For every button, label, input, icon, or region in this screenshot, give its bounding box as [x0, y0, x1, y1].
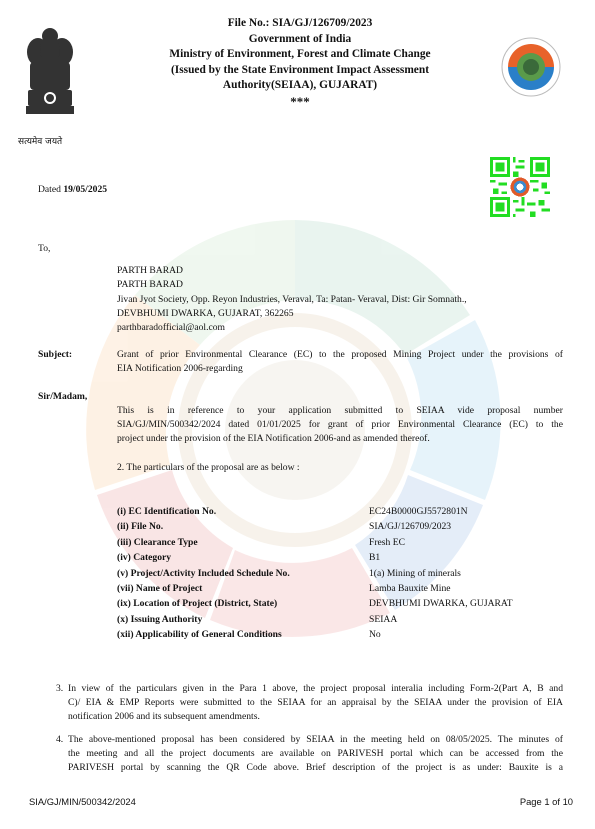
- issuer-line-2: Authority(SEIAA), GUJARAT): [150, 78, 450, 94]
- particulars-key: (iv) Category: [117, 552, 171, 563]
- particulars-value: No: [369, 629, 381, 640]
- particulars-value: B1: [369, 552, 380, 563]
- particulars-key: (vii) Name of Project: [117, 583, 202, 594]
- footer-proposal-number: SIA/GJ/MIN/500342/2024: [29, 796, 136, 807]
- recipient-address-line: Jivan Jyot Society, Opp. Reyon Industrie…: [117, 293, 467, 307]
- salutation: Sir/Madam,: [38, 391, 87, 402]
- recipient-district: DEVBHUMI DWARKA, GUJARAT, 362265: [117, 307, 467, 321]
- dated-value: 19/05/2025: [63, 184, 107, 195]
- particulars-row: (iv) CategoryB1: [117, 552, 537, 565]
- particulars-value: 1(a) Mining of minerals: [369, 568, 461, 579]
- para1-line-2: SIA/GJ/MIN/500342/2024 dated 01/01/2025 …: [117, 419, 563, 430]
- particulars-row: (x) Issuing AuthoritySEIAA: [117, 614, 537, 627]
- para3-number: 3.: [56, 683, 63, 694]
- particulars-row: (vii) Name of ProjectLamba Bauxite Mine: [117, 583, 537, 596]
- particulars-row: (xii) Applicability of General Condition…: [117, 629, 537, 642]
- particulars-value: Fresh EC: [369, 537, 405, 548]
- subject-line-1: Grant of prior Environmental Clearance (…: [117, 349, 563, 360]
- subject-line-2: EIA Notification 2006-regarding: [117, 363, 243, 374]
- particulars-value: SIA/GJ/126709/2023: [369, 521, 451, 532]
- particulars-key: (x) Issuing Authority: [117, 614, 202, 625]
- footer-page-number: Page 1 of 10: [520, 796, 573, 807]
- file-number: File No.: SIA/GJ/126709/2023: [150, 16, 450, 32]
- para4-line-1: The above-mentioned proposal has been co…: [68, 734, 563, 745]
- letter-header: File No.: SIA/GJ/126709/2023 Government …: [150, 16, 450, 109]
- recipient-name: PARTH BARAD: [117, 264, 467, 278]
- ministry-title: Ministry of Environment, Forest and Clim…: [150, 47, 450, 63]
- para3-line-1: In view of the particulars given in the …: [68, 683, 563, 694]
- recipient-address: PARTH BARAD PARTH BARAD Jivan Jyot Socie…: [117, 264, 467, 335]
- particulars-value: Lamba Bauxite Mine: [369, 583, 451, 594]
- dated-line: Dated 19/05/2025: [38, 184, 107, 195]
- issuer-line-1: (Issued by the State Environment Impact …: [150, 63, 450, 79]
- particulars-key: (xii) Applicability of General Condition…: [117, 629, 282, 640]
- particulars-key: (ix) Location of Project (District, Stat…: [117, 598, 277, 609]
- particulars-row: (iii) Clearance TypeFresh EC: [117, 537, 537, 550]
- particulars-value: SEIAA: [369, 614, 397, 625]
- particulars-row: (i) EC Identification No.EC24B0000GJ5572…: [117, 506, 537, 519]
- particulars-key: (v) Project/Activity Included Schedule N…: [117, 568, 290, 579]
- particulars-row: (v) Project/Activity Included Schedule N…: [117, 568, 537, 581]
- particulars-key: (ii) File No.: [117, 521, 163, 532]
- particulars-value: DEVBHUMI DWARKA, GUJARAT: [369, 598, 513, 609]
- para4-line-3: PARIVESH portal by scanning the QR Code …: [68, 762, 563, 773]
- para3-line-2: C)/ EIA & EMP Reports were submitted to …: [68, 697, 563, 708]
- particulars-key: (iii) Clearance Type: [117, 537, 198, 548]
- subject-label: Subject:: [38, 349, 72, 360]
- particulars-key: (i) EC Identification No.: [117, 506, 216, 517]
- header-stars: ***: [150, 94, 450, 110]
- particulars-row: (ix) Location of Project (District, Stat…: [117, 598, 537, 611]
- qr-code[interactable]: [490, 156, 550, 218]
- para1-line-3: project under the provision of the EIA N…: [117, 433, 430, 444]
- recipient-name-2: PARTH BARAD: [117, 278, 467, 292]
- para2: 2. The particulars of the proposal are a…: [117, 462, 300, 473]
- government-title: Government of India: [150, 32, 450, 48]
- para3-line-3: notification 2006 and its subsequent ame…: [68, 711, 260, 722]
- to-label: To,: [38, 243, 50, 254]
- national-emblem-icon: [20, 18, 80, 148]
- particulars-value: EC24B0000GJ5572801N: [369, 506, 468, 517]
- para4-number: 4.: [56, 734, 63, 745]
- recipient-email[interactable]: parthbaradofficial@aol.com: [117, 321, 467, 335]
- para1-line-1: This is in reference to your application…: [117, 405, 563, 416]
- para4-line-2: the meeting and all the project document…: [68, 748, 563, 759]
- moefcc-logo-icon: [500, 36, 562, 98]
- emblem-motto: सत्यमेव जयते: [18, 134, 62, 147]
- dated-label: Dated: [38, 184, 61, 195]
- particulars-row: (ii) File No.SIA/GJ/126709/2023: [117, 521, 537, 534]
